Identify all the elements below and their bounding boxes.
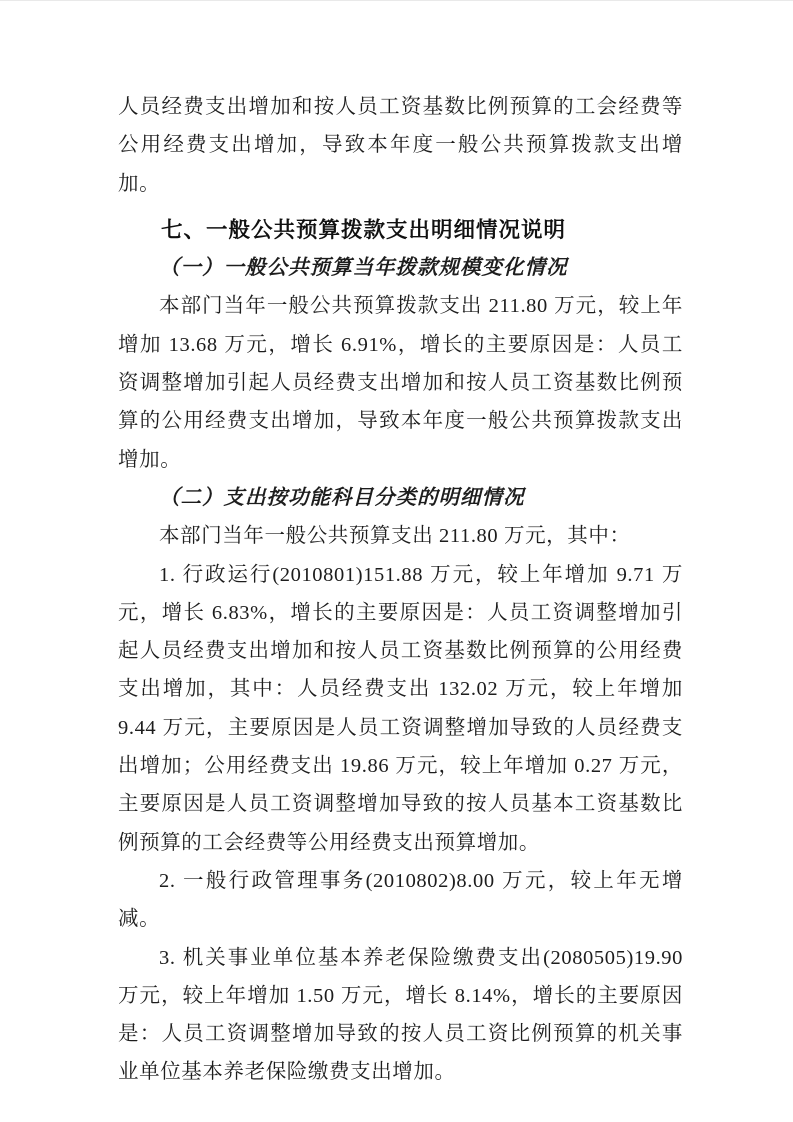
body-paragraph-total-expenditure: 本部门当年一般公共预算支出 211.80 万元，其中： xyxy=(118,517,683,555)
subsection-heading-1: （一）一般公共预算当年拨款规模变化情况 xyxy=(118,249,683,287)
continuation-paragraph: 人员经费支出增加和按人员工资基数比例预算的工会经费等公用经费支出增加，导致本年度… xyxy=(118,88,683,203)
body-paragraph-item-3-pension-contribution: 3. 机关事业单位基本养老保险缴费支出(2080505)19.90 万元，较上年… xyxy=(118,939,683,1092)
body-paragraph-item-1-administrative-operation: 1. 行政运行(2010801)151.88 万元，较上年增加 9.71 万元，… xyxy=(118,556,683,862)
body-paragraph-item-2-general-admin-affairs: 2. 一般行政管理事务(2010802)8.00 万元，较上年无增减。 xyxy=(118,862,683,939)
document-page: 人员经费支出增加和按人员工资基数比例预算的工会经费等公用经费支出增加，导致本年度… xyxy=(0,0,793,1122)
body-paragraph-annual-scale: 本部门当年一般公共预算拨款支出 211.80 万元，较上年增加 13.68 万元… xyxy=(118,287,683,478)
subsection-heading-2: （二）支出按功能科目分类的明细情况 xyxy=(118,479,683,517)
section-heading: 七、一般公共预算拨款支出明细情况说明 xyxy=(118,211,683,249)
